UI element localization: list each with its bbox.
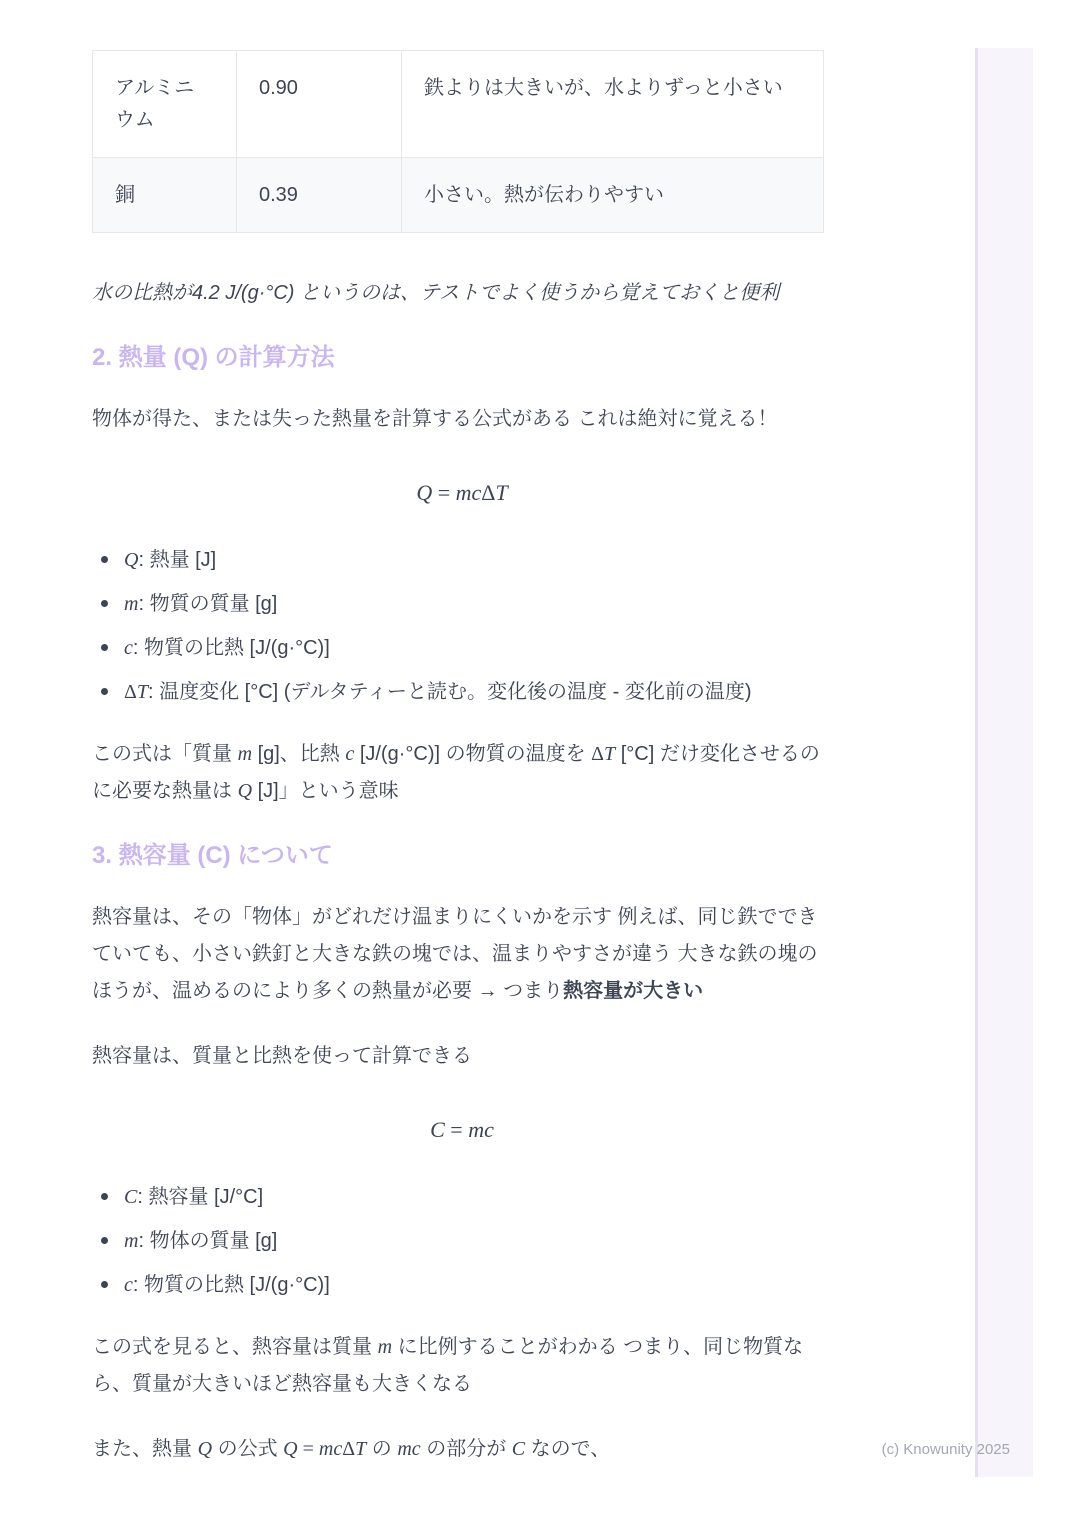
paragraph-heat-quantity-intro: 物体が得た、または失った熱量を計算する公式がある これは絶対に覚える！	[92, 401, 832, 438]
list-item-delta-t: ΔT: 温度変化 [°C] (デルタティーと読む。変化後の温度 - 変化前の温度…	[92, 678, 832, 706]
variable-definition-list: C: 熱容量 [J/°C] m: 物体の質量 [g] c: 物質の比熱 [J/(…	[92, 1183, 832, 1299]
list-item-m: m: 物体の質量 [g]	[92, 1227, 832, 1255]
list-item-q: Q: 熱量 [J]	[92, 546, 832, 574]
cell-material: 銅	[93, 158, 237, 233]
formula-q-equals-mc-delta-t: Q = mcΔT	[92, 480, 832, 506]
cell-note: 小さい。熱が伝わりやすい	[402, 158, 824, 233]
paragraph-heat-capacity-calc: 熱容量は、質量と比熱を使って計算できる	[92, 1038, 832, 1075]
cell-material: アルミニウム	[93, 51, 237, 158]
paragraph-mc-is-c: また、熱量 Q の公式 Q = mcΔT の mc の部分が C なので、	[92, 1431, 832, 1468]
cell-specific-heat-value: 0.90	[237, 51, 402, 158]
list-item-c-specific: c: 物質の比熱 [J/(g·°C)]	[92, 1271, 832, 1299]
list-item-c-capacity: C: 熱容量 [J/°C]	[92, 1183, 832, 1211]
variable-definition-list: Q: 熱量 [J] m: 物質の質量 [g] c: 物質の比熱 [J/(g·°C…	[92, 546, 832, 706]
section-heading-heat-capacity: 3. 熱容量 (C) について	[92, 840, 832, 871]
table-row: アルミニウム 0.90 鉄よりは大きいが、水よりずっと小さい	[93, 51, 824, 158]
paragraph-formula-meaning: この式は「質量 m [g]、比熱 c [J/(g·°C)] の物質の温度を ΔT…	[92, 736, 832, 810]
formula-c-equals-mc: C = mc	[92, 1117, 832, 1143]
right-margin-band	[975, 48, 1033, 1477]
table-row: 銅 0.39 小さい。熱が伝わりやすい	[93, 158, 824, 233]
page-content: アルミニウム 0.90 鉄よりは大きいが、水よりずっと小さい 銅 0.39 小さ…	[92, 50, 832, 1496]
paragraph-heat-capacity-intro: 熱容量は、その「物体」がどれだけ温まりにくいかを示す 例えば、同じ鉄でできていて…	[92, 899, 832, 1010]
list-item-m: m: 物質の質量 [g]	[92, 590, 832, 618]
cell-specific-heat-value: 0.39	[237, 158, 402, 233]
section-heading-heat-quantity: 2. 熱量 (Q) の計算方法	[92, 342, 832, 373]
list-item-c: c: 物質の比熱 [J/(g·°C)]	[92, 634, 832, 662]
paragraph-proportionality: この式を見ると、熱容量は質量 m に比例することがわかる つまり、同じ物質なら、…	[92, 1329, 832, 1403]
cell-note: 鉄よりは大きいが、水よりずっと小さい	[402, 51, 824, 158]
document-page: アルミニウム 0.90 鉄よりは大きいが、水よりずっと小さい 銅 0.39 小さ…	[0, 0, 1080, 1528]
copyright-watermark: (c) Knowunity 2025	[882, 1441, 1010, 1458]
water-specific-heat-note: 水の比熱が4.2 J/(g·°C) というのは、テストでよく使うから覚えておくと…	[92, 275, 832, 312]
specific-heat-table: アルミニウム 0.90 鉄よりは大きいが、水よりずっと小さい 銅 0.39 小さ…	[92, 50, 824, 233]
